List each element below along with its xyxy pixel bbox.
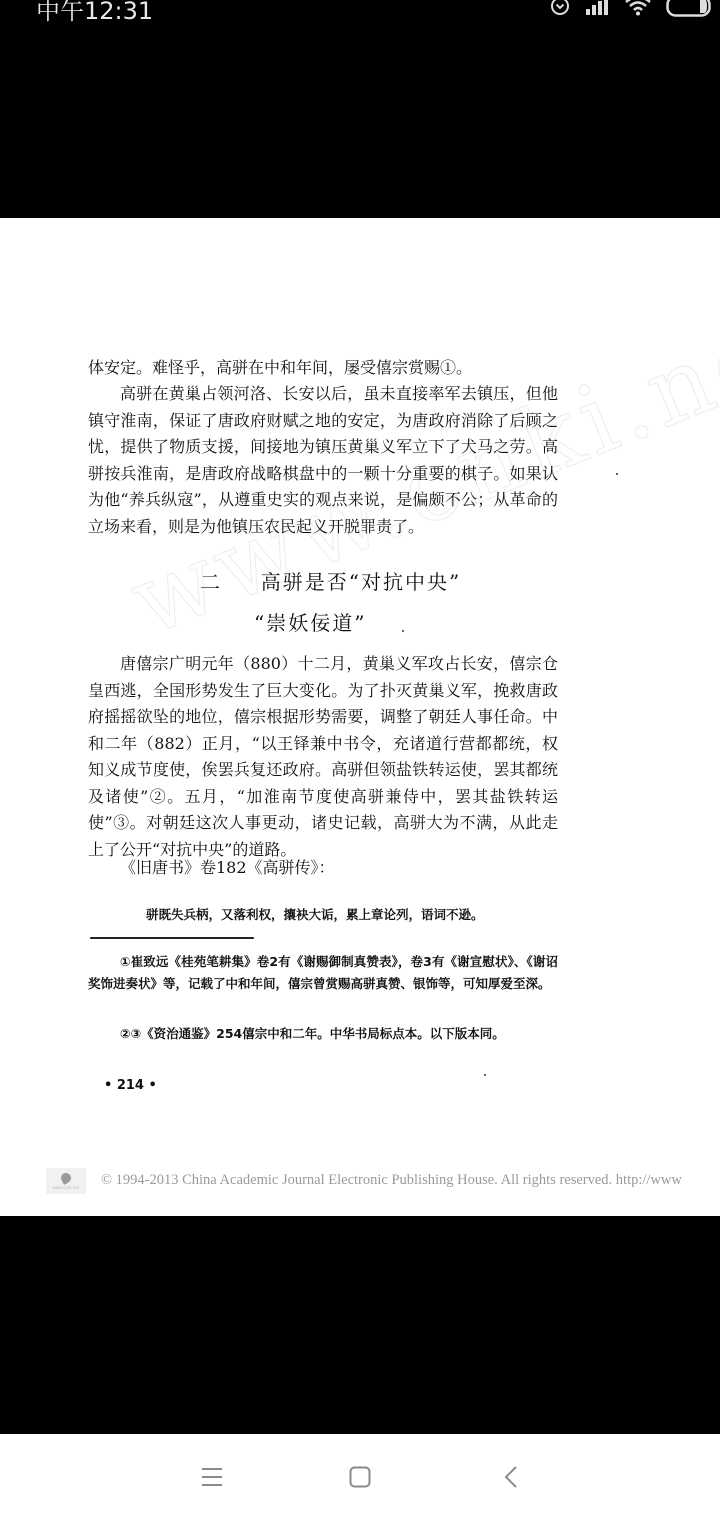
paragraph-citation-intro: 《旧唐书》卷182《高骈传》： xyxy=(88,855,558,882)
status-bar: 中午12:31 xyxy=(0,0,720,218)
home-button[interactable] xyxy=(340,1460,380,1494)
cnki-logo: www.cnki.net xyxy=(46,1168,86,1194)
section-number: 二 xyxy=(200,570,222,594)
menu-icon xyxy=(201,1466,223,1488)
footnote-divider xyxy=(90,937,254,939)
copyright-text: © 1994-2013 China Academic Journal Elect… xyxy=(101,1172,682,1189)
section-heading-line2: “崇妖佞道” xyxy=(254,607,366,636)
alarm-icon xyxy=(550,0,570,16)
section-title: 高骈是否“对抗中央” xyxy=(261,570,461,594)
cnki-logo-text: www.cnki.net xyxy=(53,1185,80,1190)
footnote-1: ①崔致远《桂苑笔耕集》卷2有《谢赐御制真赞表》，卷3有《谢宣慰状》、《谢诏奖饰进… xyxy=(88,951,558,995)
viewer-background xyxy=(0,1216,720,1434)
status-time: 中午12:31 xyxy=(36,0,153,26)
block-quote: 骈既失兵柄，又落利权，攘袂大诟，累上章论列，语词不逊。 xyxy=(146,905,484,923)
footnote-2-3: ②③《资治通鉴》254僖宗中和二年。中华书局标点本。以下版本同。 xyxy=(88,1023,558,1045)
page-number: • 214 • xyxy=(104,1078,157,1093)
square-icon xyxy=(349,1466,371,1488)
copyright-bar: www.cnki.net © 1994-2013 China Academic … xyxy=(0,1164,720,1200)
cnki-logo-icon xyxy=(59,1171,73,1185)
paragraph-history: 唐僖宗广明元年（880）十二月，黄巢义军攻占长安，僖宗仓皇西逃，全国形势发生了巨… xyxy=(88,651,558,863)
recent-apps-button[interactable] xyxy=(192,1460,232,1494)
back-button[interactable] xyxy=(491,1460,531,1494)
signal-icon xyxy=(584,0,610,15)
paragraph-continuation: 体安定。难怪乎，高骈在中和年间，屡受僖宗赏赐①。 xyxy=(88,355,558,382)
scan-speck xyxy=(484,1074,486,1076)
chevron-left-icon xyxy=(503,1465,519,1489)
section-heading-line1: 二 高骈是否“对抗中央” xyxy=(200,566,461,595)
navigation-bar xyxy=(0,1434,720,1520)
scan-speck xyxy=(402,630,404,632)
wifi-icon xyxy=(624,0,652,16)
scan-speck xyxy=(616,473,618,475)
battery-icon xyxy=(666,0,714,17)
document-page[interactable]: www.cnki.net 体安定。难怪乎，高骈在中和年间，屡受僖宗赏赐①。 高骈… xyxy=(0,218,720,1216)
status-icons xyxy=(550,0,714,18)
paragraph-gaopian-role: 高骈在黄巢占领河洛、长安以后，虽未直接率军去镇压，但他镇守淮南，保证了唐政府财赋… xyxy=(88,381,558,540)
